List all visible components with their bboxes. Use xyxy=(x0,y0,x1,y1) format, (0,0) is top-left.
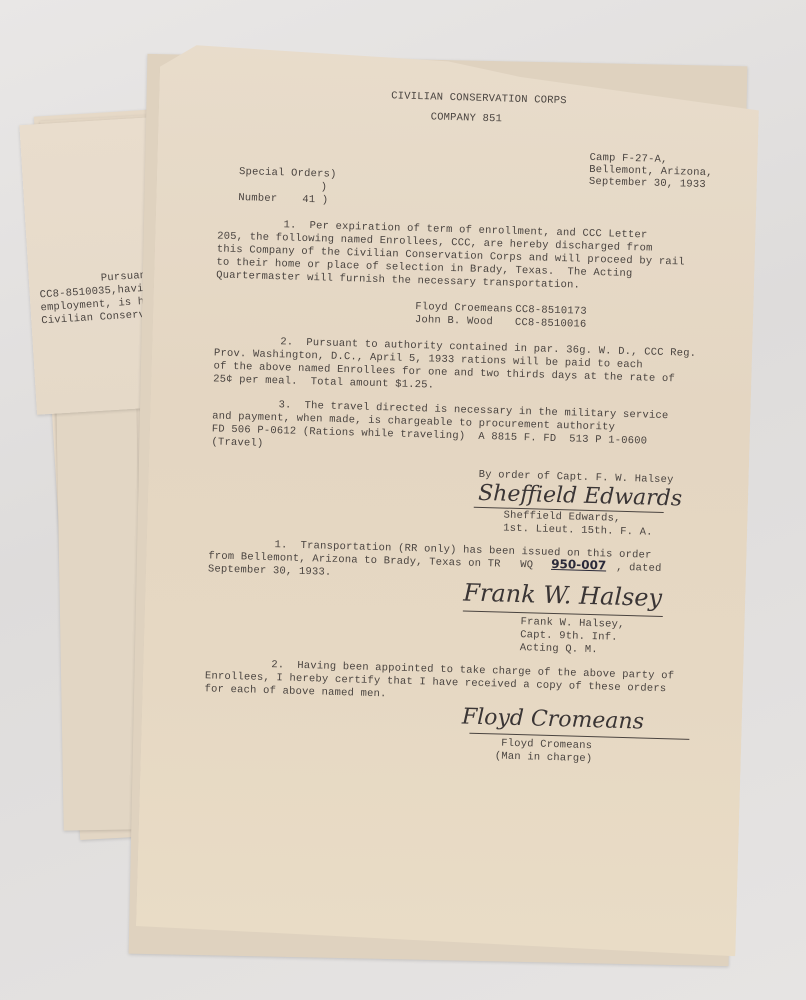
signature-cromeans: Floyd Cromeans xyxy=(462,704,645,734)
signature-line xyxy=(463,610,663,617)
order-number: 41 ) xyxy=(302,194,328,208)
signer-title: 1st. Lieut. 15th. F. A. xyxy=(503,523,653,540)
special-orders-document: CIVILIAN CONSERVATION CORPS COMPANY 851 … xyxy=(136,40,761,956)
tr-number: 950-007 xyxy=(551,557,606,573)
org-name: CIVILIAN CONSERVATION CORPS xyxy=(391,90,567,108)
special-orders-label: Special Orders) xyxy=(239,166,337,182)
paper-stack-edge xyxy=(56,399,143,830)
endorsement-1-line: September 30, 1933. xyxy=(208,563,332,579)
bracket: ) xyxy=(320,181,327,194)
signer-title: (Man in charge) xyxy=(495,750,593,766)
company-name: COMPANY 851 xyxy=(430,111,502,126)
enrollee-id: CC8-8510016 xyxy=(515,317,587,332)
paragraph-3-line: (Travel) xyxy=(211,436,263,450)
signature-halsey: Frank W. Halsey xyxy=(463,578,663,612)
signer-title: Acting Q. M. xyxy=(520,642,598,657)
number-label: Number xyxy=(238,192,277,206)
document-date: September 30, 1933 xyxy=(589,176,706,192)
dated-label: , dated xyxy=(616,562,662,576)
enrollee-name: John B. Wood xyxy=(415,314,493,329)
